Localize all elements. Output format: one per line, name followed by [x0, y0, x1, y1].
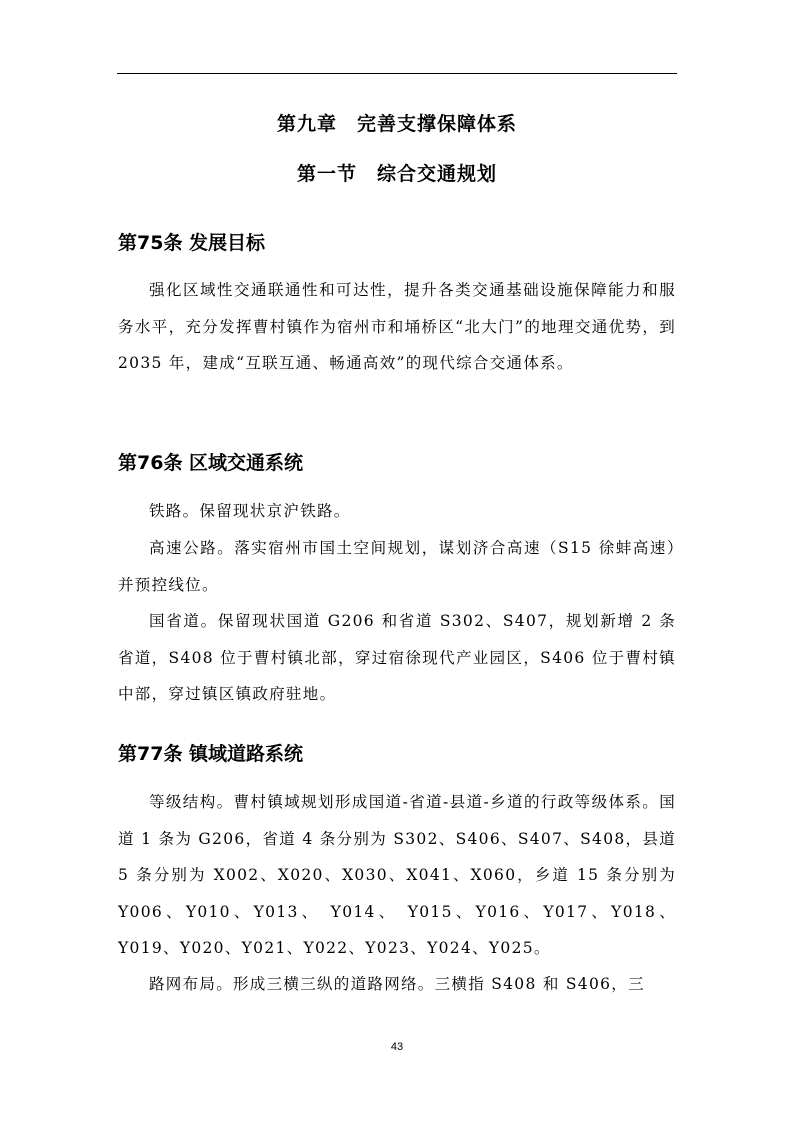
section-title: 第一节 综合交通规划	[0, 159, 794, 186]
article-77-network-paragraph: 路网布局。形成三横三纵的道路网络。三横指 S408 和 S406，三	[118, 966, 676, 1003]
article-77-hierarchy-paragraph: 等级结构。曹村镇域规划形成国道-省道-县道-乡道的行政等级体系。国道 1 条为 …	[118, 784, 676, 967]
article-75-paragraph: 强化区域性交通联通性和可达性，提升各类交通基础设施保障能力和服务水平，充分发挥曹…	[118, 272, 676, 382]
article-76-national-provincial-paragraph: 国省道。保留现状国道 G206 和省道 S302、S407，规划新增 2 条省道…	[118, 603, 676, 713]
article-76-railway-paragraph: 铁路。保留现状京沪铁路。	[118, 493, 676, 530]
article-75-heading: 第75条 发展目标	[118, 228, 265, 255]
chapter-title: 第九章 完善支撑保障体系	[0, 109, 794, 136]
page-number: 43	[0, 1041, 794, 1053]
article-76-expressway-paragraph: 高速公路。落实宿州市国土空间规划，谋划济合高速（S15 徐蚌高速）并预控线位。	[118, 530, 676, 603]
header-rule	[117, 73, 677, 74]
article-77-heading: 第77条 镇域道路系统	[118, 739, 303, 766]
article-76-heading: 第76条 区域交通系统	[118, 448, 303, 475]
